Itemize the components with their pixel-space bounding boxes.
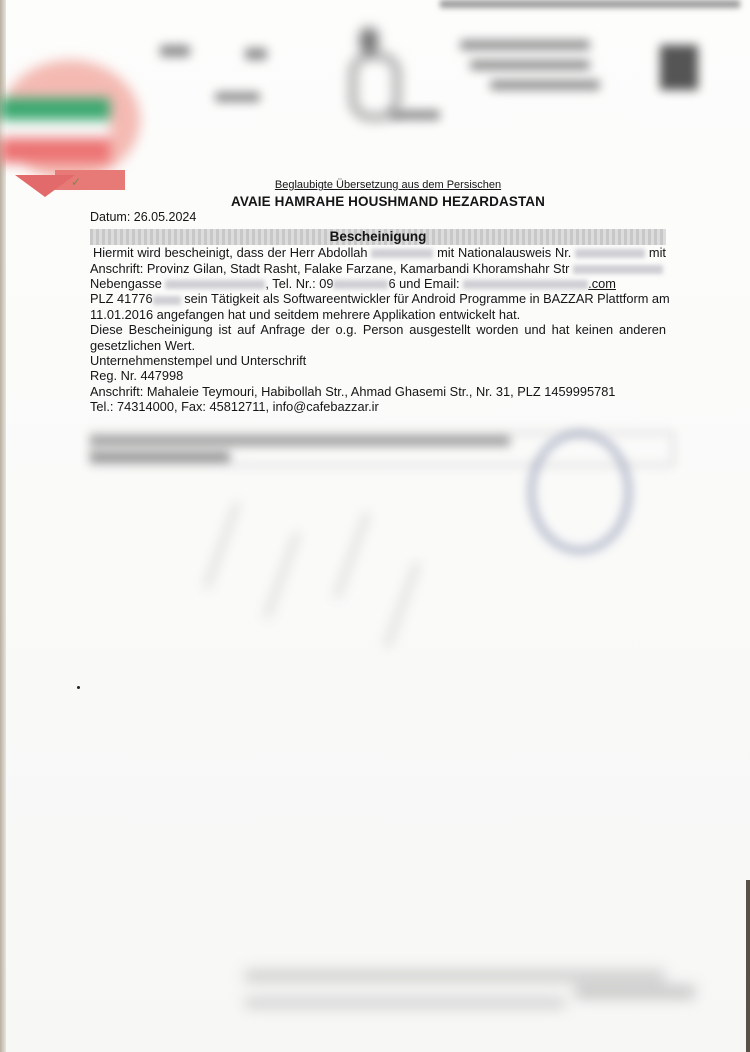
email-domain: .com — [588, 276, 616, 291]
company-address: Anschrift: Mahaleie Teymouri, Habibollah… — [90, 384, 666, 399]
email-link[interactable]: .com — [463, 276, 616, 291]
letterhead-text-blur — [460, 40, 590, 50]
company-title: AVAIE HAMRAHE HOUSHMAND HEZARDASTAN — [110, 194, 666, 209]
letterhead-text-blur — [245, 48, 267, 60]
document-date: Datum: 26.05.2024 — [90, 210, 666, 225]
ink-dot — [77, 686, 80, 689]
redacted-id-number — [575, 249, 645, 258]
body-text: mit — [649, 245, 666, 260]
check-icon: ✓ — [71, 175, 81, 189]
certificate-heading: Bescheinigung — [90, 229, 666, 245]
body-text: Diese Bescheinigung ist auf Anfrage der … — [90, 322, 666, 353]
seal-ribbon-tip — [15, 175, 75, 197]
certificate-paragraph: Hiermit wird bescheinigt, dass der Herr … — [90, 245, 666, 353]
body-text: mit Nationalausweis Nr. — [437, 245, 571, 260]
redacted-address — [573, 265, 663, 274]
redacted-postcode — [153, 296, 181, 305]
redacted-email — [463, 280, 588, 289]
body-text: 11.01.2016 angefangen hat und seitdem me… — [90, 307, 666, 322]
body-text: 6 und Email: — [388, 276, 459, 291]
stamp-label: Unternehmenstempel und Unterschrift — [90, 353, 666, 368]
body-text: Nebengasse — [90, 276, 162, 291]
company-contact: Tel.: 74314000, Fax: 45812711, info@cafe… — [90, 399, 666, 414]
redacted-phone — [333, 280, 388, 289]
state-emblem-icon — [345, 28, 395, 118]
body-text: sein Tätigkeit als Softwareentwickler fü… — [184, 291, 670, 306]
translation-note: Beglaubigte Übersetzung aus dem Persisch… — [110, 178, 666, 193]
qr-code-icon — [660, 45, 698, 90]
company-round-stamp — [528, 430, 632, 554]
certificate-body: Beglaubigte Übersetzung aus dem Persisch… — [90, 178, 666, 415]
letterhead-text-blur — [215, 92, 260, 102]
redacted-address — [165, 280, 265, 289]
body-text: PLZ 41776 — [90, 291, 153, 306]
registration-number: Reg. Nr. 447998 — [90, 368, 666, 383]
page-edge-right — [746, 880, 750, 1052]
letterhead-text-blur — [490, 80, 600, 90]
letterhead-top-bar — [440, 0, 740, 8]
body-text: , Tel. Nr.: 09 — [265, 276, 333, 291]
redacted-surname — [371, 249, 433, 258]
body-text: Hiermit wird bescheinigt, dass der Herr … — [93, 245, 368, 260]
letterhead-text-blur — [160, 45, 190, 57]
letterhead-text-blur — [470, 60, 590, 70]
blurred-footer-text — [245, 960, 715, 1020]
body-text: Anschrift: Provinz Gilan, Stadt Rasht, F… — [90, 261, 569, 276]
letterhead-text-blur — [390, 110, 440, 120]
signature — [200, 490, 450, 670]
